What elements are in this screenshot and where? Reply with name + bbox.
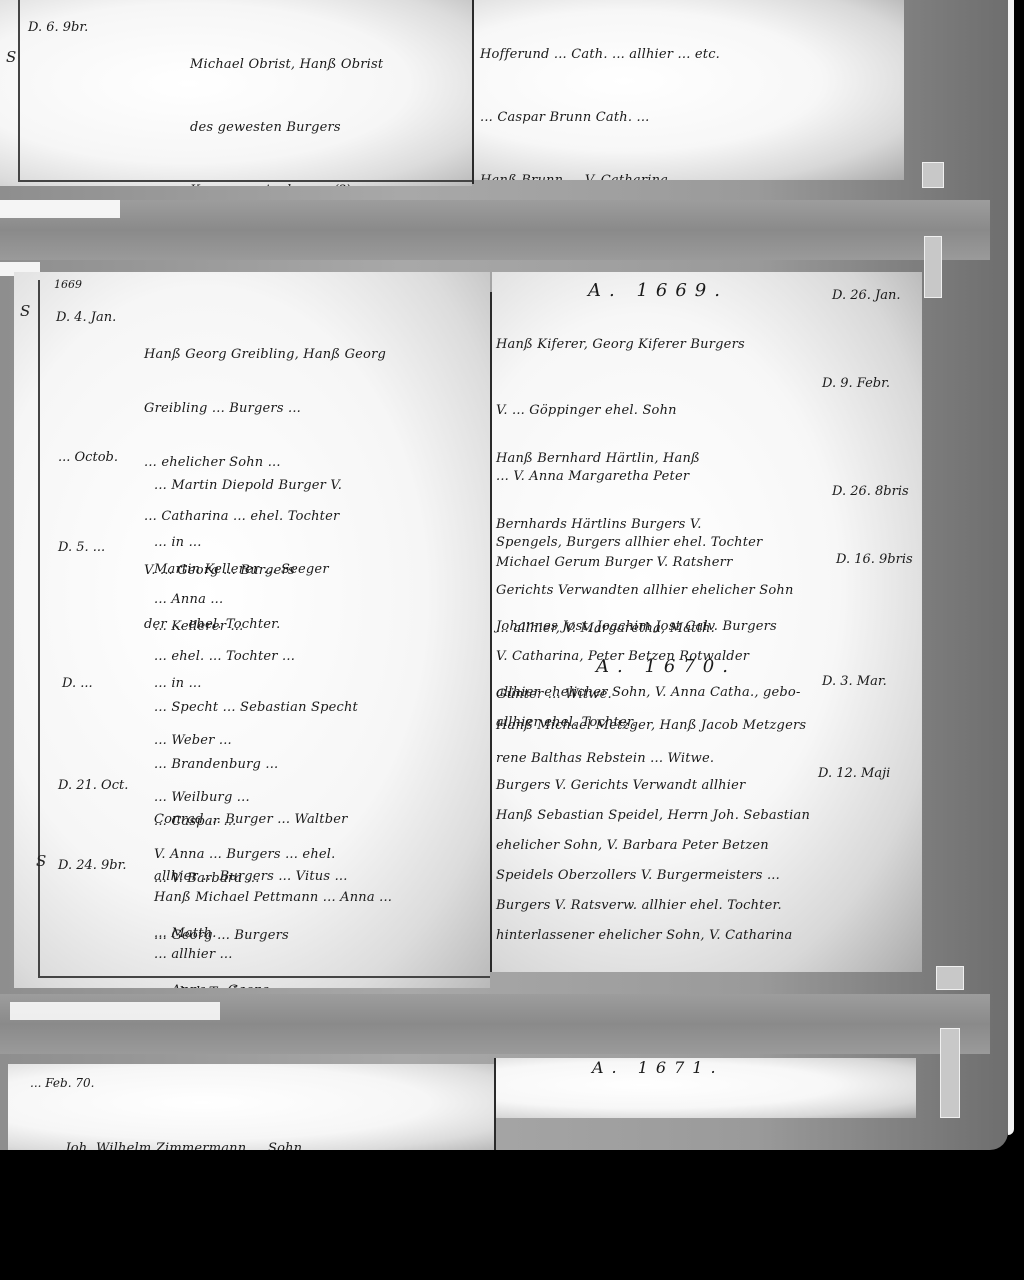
film-tab-marker <box>924 236 942 298</box>
year-heading: A. 1671. <box>592 1058 724 1077</box>
entry-text: ... Joh. Wilhelm Zimmermann ... Sohn ...… <box>48 1094 320 1150</box>
year-heading: A. 1670. <box>596 656 736 677</box>
top-left-page: S D. 6. 9br. Michael Obrist, Hanß Obrist… <box>0 0 472 186</box>
baptism-entry: Hanß Michael Pettmann ... Anna ... ... a… <box>154 850 392 988</box>
entry-text: Michael Obrist, Hanß Obrist des gewesten… <box>190 12 409 186</box>
bottom-right-page: A. 1671. Hanß Jerg Greibling Rudolph D. … <box>496 1058 916 1118</box>
entry-date: D. 12. Maji <box>818 766 890 781</box>
entry-date: D. 3. Mar. <box>822 674 887 689</box>
entry-text: Hanß Jerg Greibling Rudolph D. 7. ... Ca… <box>504 1084 738 1118</box>
film-highlight <box>10 1002 220 1020</box>
middle-left-page: 1669 S D. 4. Jan. Hanß Georg Greibling, … <box>14 272 490 988</box>
film-highlight <box>0 200 120 218</box>
film-tab-marker <box>940 1028 960 1118</box>
entry-date: D. 21. Oct. <box>58 778 128 793</box>
top-right-page: Hofferund ... Cath. ... allhier ... etc.… <box>474 0 904 180</box>
film-tab-marker <box>922 162 944 188</box>
baptism-entry: Hanß Sebastian Speidel, Herrn Joh. Sebas… <box>496 766 825 972</box>
entry-text: Hofferund ... Cath. ... allhier ... etc.… <box>480 2 720 180</box>
entry-date: ... Octob. <box>58 450 118 465</box>
entry-date: D. 5. ... <box>58 540 105 555</box>
entry-date: D. 4. Jan. <box>56 310 116 325</box>
film-tab-marker <box>936 966 964 990</box>
entry-date: D. 16. 9bris <box>836 552 913 567</box>
year-label: 1669 <box>54 278 82 291</box>
margin-mark: S <box>6 48 16 66</box>
middle-right-page: A. 1669. Hanß Kiferer, Georg Kiferer Bur… <box>492 272 922 972</box>
margin-mark: S <box>36 852 46 870</box>
film-edge <box>1008 0 1014 1135</box>
entry-date: D. ... <box>62 676 93 691</box>
entry-date: D. 26. 8bris <box>832 484 909 499</box>
entry-date: D. 9. Febr. <box>822 376 890 391</box>
bottom-left-page: ... Feb. 70. ... Joh. Wilhelm Zimmermann… <box>8 1064 494 1150</box>
entry-date: ... Feb. 70. <box>30 1076 94 1090</box>
film-band <box>0 200 990 260</box>
margin-mark: S <box>20 302 30 320</box>
entry-date: D. 24. 9br. <box>58 858 127 873</box>
entry-date: D. 6. 9br. <box>28 20 88 35</box>
entry-date: D. 26. Jan. <box>832 288 901 303</box>
